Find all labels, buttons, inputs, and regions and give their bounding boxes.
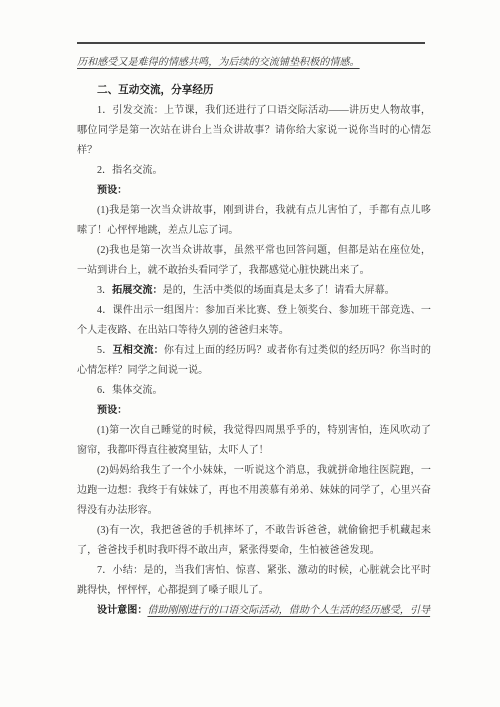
step-2-zhiming-jiaoliu: 2．指名交流。 xyxy=(77,161,431,181)
text-run: 4．课件出示一组图片：参加百米比赛、登上领奖台、参加班干部竞选、一个人走夜路、在… xyxy=(77,305,431,336)
step-6-jiti-jiaoliu: 6．集体交流。 xyxy=(77,381,431,401)
document-body: 历和感受又是难得的情感共鸣，为后续的交流铺垫积极的情感。二、互动交流，分享经历1… xyxy=(77,53,431,621)
preset-2-item-2: (2)妈妈给我生了一个小妹妹，一听说这个消息，我就拼命地往医院跑，一边跑一边想：… xyxy=(77,461,431,521)
annotation-text: 借助刚刚进行的口语交际活动，借助个人生活的经历感受，引导 xyxy=(147,605,430,616)
preset-1-item-2: (2)我也是第一次当众讲故事，虽然平常也回答问题，但都是站在座位处，一站到讲台上… xyxy=(77,241,431,281)
bold-label: 拓展交流： xyxy=(112,285,162,296)
preset-label-2: 预设： xyxy=(77,401,431,421)
text-run: 3． xyxy=(97,285,112,296)
bold-label: 预设： xyxy=(97,185,127,196)
section-heading: 二、互动交流，分享经历 xyxy=(77,80,431,100)
text-run: (3)有一次，我把爸爸的手机摔坏了，不敢告诉爸爸，就偷偷把手机藏起来了，爸爸找手… xyxy=(77,525,431,556)
document-page: 历和感受又是难得的情感共鸣，为后续的交流铺垫积极的情感。二、互动交流，分享经历1… xyxy=(0,0,500,707)
text-run: 2．指名交流。 xyxy=(97,165,163,176)
design-intent: 设计意图：借助刚刚进行的口语交际活动，借助个人生活的经历感受，引导 xyxy=(77,601,431,621)
step-4-kejian-tupian: 4．课件出示一组图片：参加百米比赛、登上领奖台、参加班干部竞选、一个人走夜路、在… xyxy=(77,301,431,341)
divider-line xyxy=(77,42,425,44)
text-run: 是的，生活中类似的场面真是太多了！请看大屏幕。 xyxy=(163,285,395,296)
text-run: 1．引发交流：上节课，我们还进行了口语交际活动——讲历史人物故事，哪位同学是第一… xyxy=(77,105,431,156)
step-7-xiaojie: 7．小结：是的，当我们害怕、惊喜、紧张、激动的时候，心脏就会比平时跳得快，怦怦怦… xyxy=(77,561,431,601)
step-3-tuozhan-jiaoliu: 3．拓展交流：是的，生活中类似的场面真是太多了！请看大屏幕。 xyxy=(77,281,431,301)
preset-label-1: 预设： xyxy=(77,181,431,201)
bold-label: 互相交流： xyxy=(113,345,164,356)
text-run: (1)我是第一次当众讲故事，刚到讲台，我就有点儿害怕了，手都有点儿哆嗦了！心怦怦… xyxy=(77,205,431,236)
text-run: 二、互动交流，分享经历 xyxy=(97,84,214,96)
text-run: (1)第一次自己睡觉的时候，我觉得四周黑乎乎的，特别害怕，连风吹动了窗帘，我都吓… xyxy=(77,425,431,456)
text-run: 7．小结：是的，当我们害怕、惊喜、紧张、激动的时候，心脏就会比平时跳得快，怦怦怦… xyxy=(77,565,431,596)
continuation-line: 历和感受又是难得的情感共鸣，为后续的交流铺垫积极的情感。 xyxy=(77,53,431,73)
step-1-qifa-jiaoliu: 1．引发交流：上节课，我们还进行了口语交际活动——讲历史人物故事，哪位同学是第一… xyxy=(77,101,431,161)
preset-1-item-1: (1)我是第一次当众讲故事，刚到讲台，我就有点儿害怕了，手都有点儿哆嗦了！心怦怦… xyxy=(77,201,431,241)
text-run: 6．集体交流。 xyxy=(97,385,163,396)
text-run: (2)妈妈给我生了一个小妹妹，一听说这个消息，我就拼命地往医院跑，一边跑一边想：… xyxy=(77,465,431,516)
bold-label: 预设： xyxy=(97,405,127,416)
bold-label: 设计意图： xyxy=(97,605,147,616)
preset-2-item-3: (3)有一次，我把爸爸的手机摔坏了，不敢告诉爸爸，就偷偷把手机藏起来了，爸爸找手… xyxy=(77,521,431,561)
text-run: 5． xyxy=(97,345,113,356)
text-run: (2)我也是第一次当众讲故事，虽然平常也回答问题，但都是站在座位处，一站到讲台上… xyxy=(77,245,431,276)
preset-2-item-1: (1)第一次自己睡觉的时候，我觉得四周黑乎乎的，特别害怕，连风吹动了窗帘，我都吓… xyxy=(77,421,431,461)
annotation-text: 历和感受又是难得的情感共鸣，为后续的交流铺垫积极的情感。 xyxy=(77,57,360,68)
step-5-huxiang-jiaoliu: 5．互相交流：你有过上面的经历吗？或者你有过类似的经历吗？你当时的心情怎样？同学… xyxy=(77,341,431,381)
